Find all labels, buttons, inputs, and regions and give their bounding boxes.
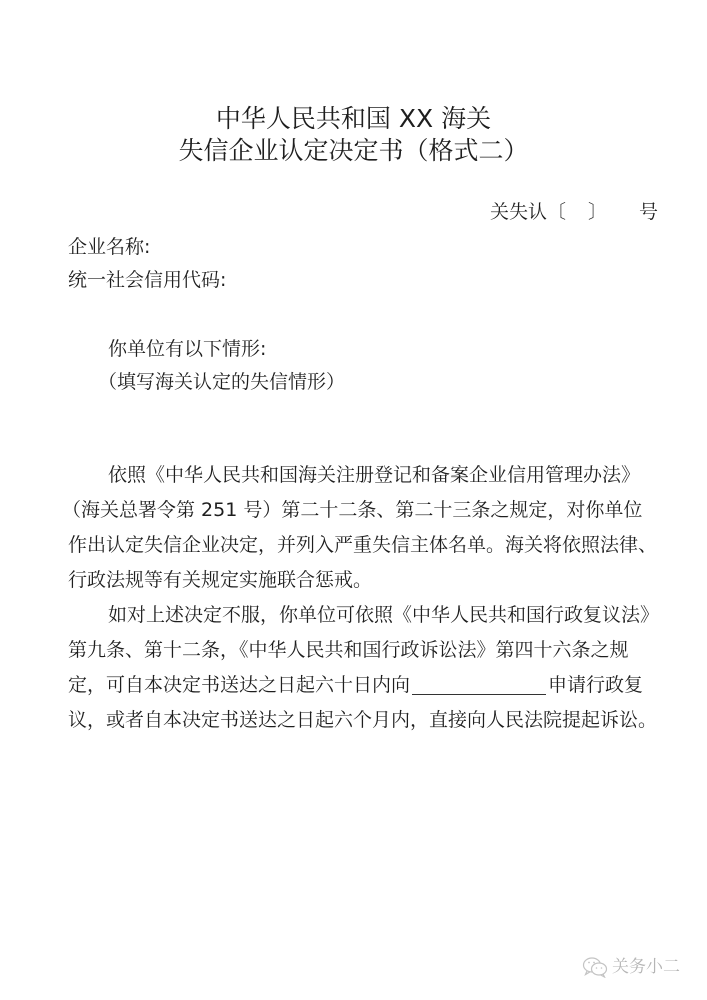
- paragraph-line: 作出认定失信企业决定，并列入严重失信主体名单。海关将依照法律、: [68, 532, 657, 558]
- appeal-text-after-blank: 申请行政复: [548, 674, 643, 696]
- document-number: 关失认〔〕号: [490, 199, 658, 225]
- appeal-text-before-blank: 定，可自本决定书送达之日起六十日内向: [68, 674, 410, 696]
- doc-number-suffix: 号: [639, 201, 658, 223]
- watermark: 关务小二: [582, 955, 680, 979]
- doc-number-prefix: 关失认: [490, 201, 547, 223]
- credit-code-label: 统一社会信用代码:: [68, 267, 226, 293]
- paragraph-line: 第九条、第十二条，《中华人民共和国行政诉讼法》第四十六条之规: [68, 637, 629, 663]
- paragraph-line: 依照《中华人民共和国海关注册登记和备案企业信用管理办法》: [108, 462, 640, 488]
- company-name-label: 企业名称:: [68, 234, 150, 260]
- paragraph-line: 议，或者自本决定书送达之日起六个月内，直接向人民法院提起诉讼。: [68, 707, 657, 733]
- paragraph-line: 定，可自本决定书送达之日起六十日内向申请行政复: [68, 672, 643, 698]
- paragraph-line: （海关总署令第 251 号）第二十二条、第二十三条之规定，对你单位: [62, 497, 642, 523]
- title-line-1: 中华人民共和国 XX 海关: [0, 104, 707, 134]
- watermark-text: 关务小二: [612, 955, 680, 979]
- doc-number-close-bracket: 〕: [588, 199, 607, 225]
- paragraph-line: 如对上述决定不服，你单位可依照《中华人民共和国行政复议法》: [108, 602, 659, 628]
- situation-placeholder: （填写海关认定的失信情形）: [98, 369, 345, 395]
- review-authority-blank: [412, 672, 546, 695]
- wechat-icon: [582, 956, 608, 978]
- title-line-2: 失信企业认定决定书（格式二）: [0, 136, 707, 166]
- doc-number-open-bracket: 〔: [547, 199, 566, 225]
- situation-intro: 你单位有以下情形:: [108, 336, 266, 362]
- paragraph-line: 行政法规等有关规定实施联合惩戒。: [68, 567, 372, 593]
